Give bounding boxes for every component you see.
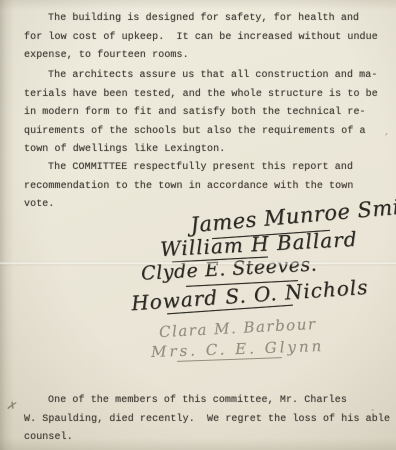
signature-underline [186,280,298,287]
typed-line: for low cost of upkeep. It can be increa… [24,29,378,48]
signature-underline [167,305,293,315]
pencil-tick-icon: ’ [383,131,389,144]
typed-line: terials have been tested, and the whole … [24,86,378,105]
paragraph-committee-present: The COMMITTEE respectfully present this … [24,159,353,215]
typed-line: recommendation to the town in accordance… [24,178,353,197]
signature-underline [177,357,282,362]
signature-mrs-c-e-glynn: Mrs. C. E. Glynn [151,337,325,361]
paragraph-architects: The architects assure us that all constr… [24,67,378,160]
typed-line: quirements of the schools but also the r… [24,123,378,142]
typed-line: town of dwellings like Lexington. [24,141,378,160]
typed-line: in modern form to fit and satisfy both t… [24,104,378,123]
typed-line: expense, to fourteen rooms. [24,47,378,66]
typed-line: The architects assure us that all constr… [24,67,378,86]
typed-line: vote. [24,196,353,215]
typed-line: counsel. [24,429,390,448]
scanned-report-page: The building is designed for safety, for… [0,0,396,450]
typed-line: The building is designed for safety, for… [24,10,378,29]
signature-underline [212,230,330,239]
signature-howard-s-o-nichols: Howard S. O. Nichols [130,275,369,316]
paragraph-building-safety: The building is designed for safety, for… [24,10,378,66]
typed-line: One of the members of this committee, Mr… [24,392,390,411]
signature-clara-m-barbour: Clara M. Barbour [159,315,317,341]
paragraph-spaulding-note: One of the members of this committee, Mr… [24,392,390,448]
paper-crease [0,261,396,266]
typed-line: The COMMITTEE respectfully present this … [24,159,353,178]
signature-underline [172,256,268,262]
signature-william-h-ballard: William H Ballard [160,227,359,261]
pencil-scribble-icon: ✗ [5,398,19,414]
signature-clyde-e-steeves: Clyde E. Steeves. [141,253,318,284]
typed-line: W. Spaulding, died recently. We regret t… [24,411,390,430]
